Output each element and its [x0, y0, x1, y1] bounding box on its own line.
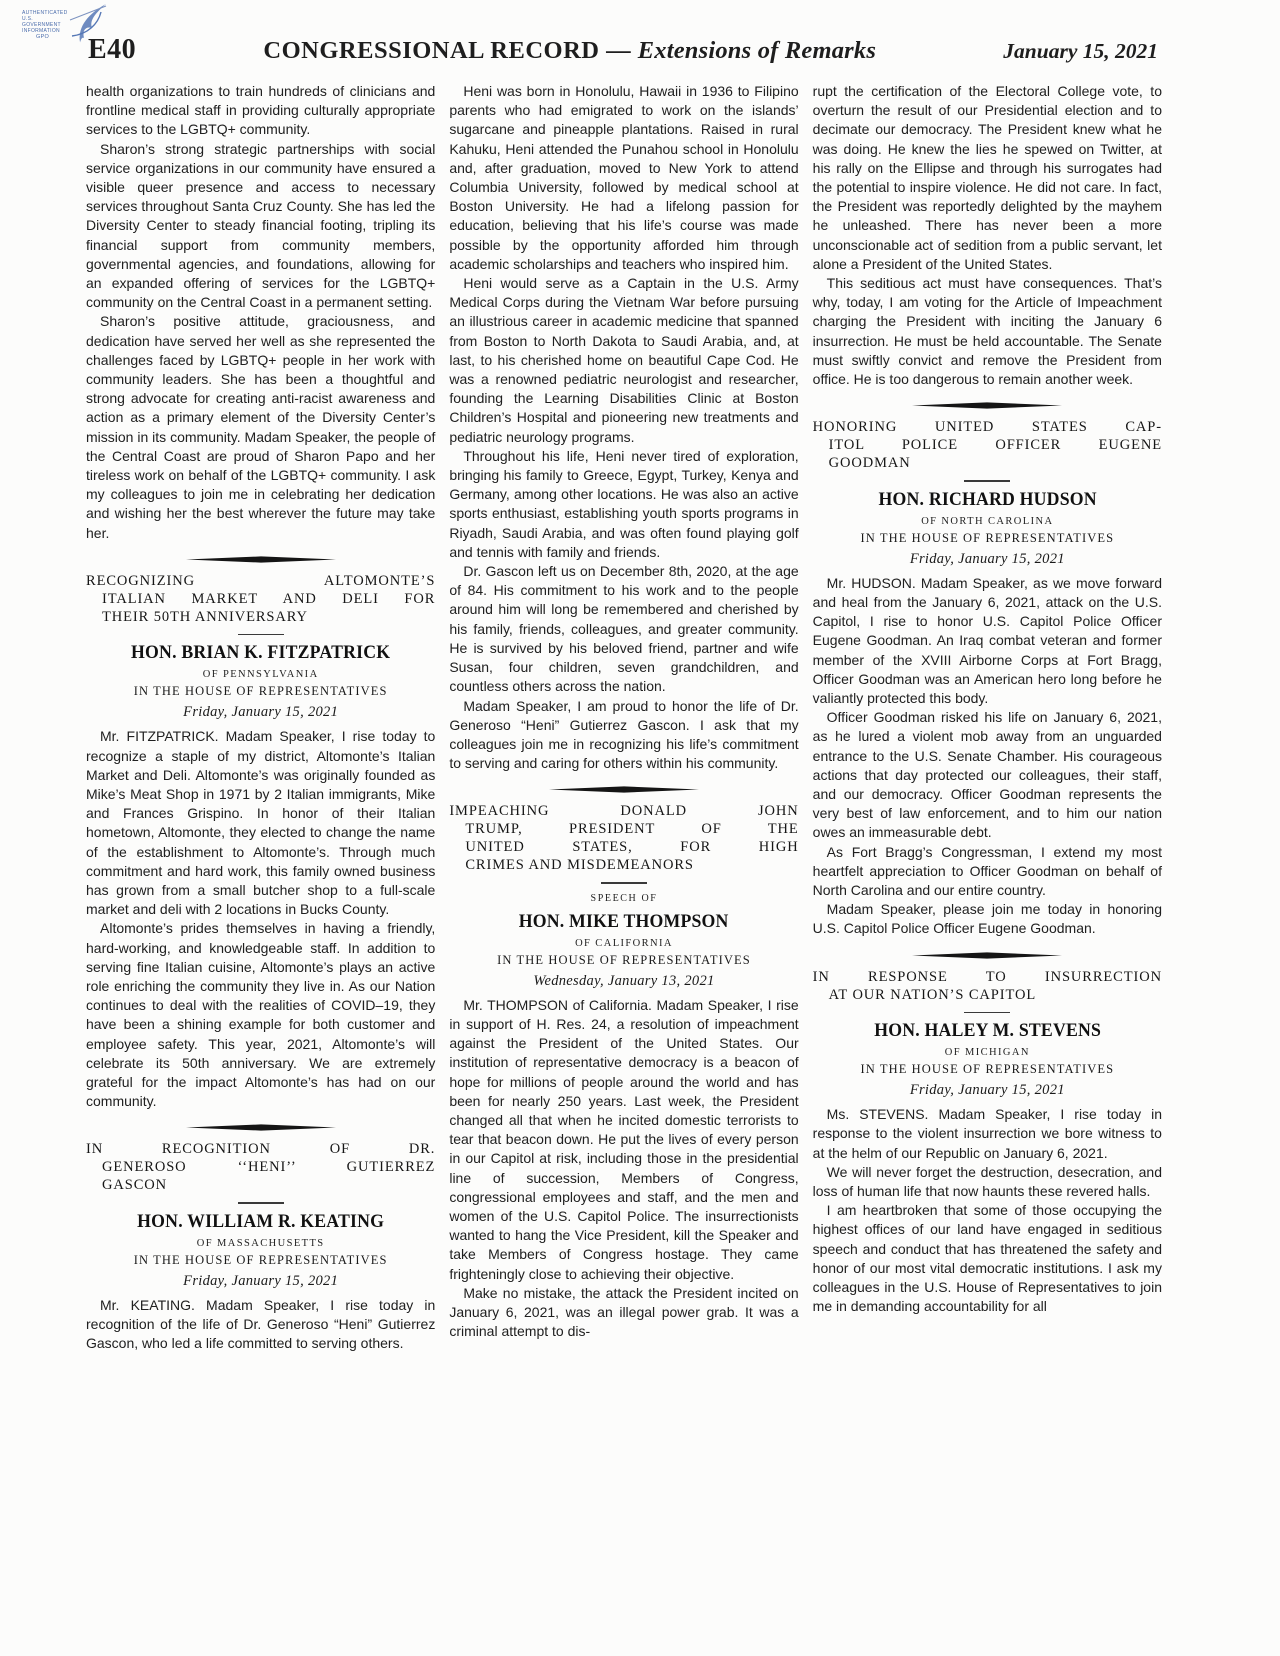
section-divider-icon	[86, 1124, 435, 1131]
column-2: Heni was born in Honolulu, Hawaii in 193…	[449, 82, 798, 1354]
speaker-chamber: IN THE HOUSE OF REPRESENTATIVES	[86, 684, 435, 699]
gpo-eagle-icon	[68, 2, 108, 49]
paragraph: Madam Speaker, please join me today in h…	[813, 900, 1162, 938]
gpo-abbr: GPO	[36, 34, 68, 40]
congressional-record-page: AUTHENTICATED U.S. GOVERNMENT INFORMATIO…	[0, 0, 1280, 1656]
masthead-section: Extensions of Remarks	[638, 37, 876, 64]
masthead: CONGRESSIONAL RECORD — Extensions of Rem…	[136, 37, 1003, 65]
paragraph: Mr. THOMPSON of California. Madam Speake…	[449, 996, 798, 1284]
section-divider-icon	[86, 556, 435, 563]
gpo-seal-line: U.S. GOVERNMENT	[22, 16, 68, 28]
speech-date: Wednesday, January 13, 2021	[449, 973, 798, 990]
section-title: IN RECOGNITION OF DR.GENEROSO ‘‘HENI’’ G…	[86, 1140, 435, 1194]
section-title: HONORING UNITED STATES CAP-ITOL POLICE O…	[813, 418, 1162, 472]
gpo-seal-text: AUTHENTICATED U.S. GOVERNMENT INFORMATIO…	[22, 10, 68, 40]
section-divider-icon	[813, 952, 1162, 959]
heading-rule	[238, 1202, 284, 1204]
heading-rule	[964, 480, 1010, 482]
header-date: January 15, 2021	[1003, 39, 1158, 64]
gpo-authentication-seal: AUTHENTICATED U.S. GOVERNMENT INFORMATIO…	[22, 2, 108, 49]
speaker-name: HON. HALEY M. STEVENS	[820, 1021, 1155, 1042]
paragraph: Mr. KEATING. Madam Speaker, I rise today…	[86, 1296, 435, 1354]
paragraph: As Fort Bragg’s Congressman, I extend my…	[813, 843, 1162, 901]
column-1: health organizations to train hundreds o…	[86, 82, 435, 1354]
paragraph: health organizations to train hundreds o…	[86, 82, 435, 140]
section-title: IMPEACHING DONALD JOHNTRUMP, PRESIDENT O…	[449, 802, 798, 874]
section-title: IN RESPONSE TO INSURRECTIONAT OUR NATION…	[813, 968, 1162, 1004]
masthead-separator: —	[599, 37, 637, 64]
paragraph: This seditious act must have consequence…	[813, 274, 1162, 389]
speaker-state: OF MICHIGAN	[813, 1047, 1162, 1058]
speaker-state: OF NORTH CAROLINA	[813, 516, 1162, 527]
speech-date: Friday, January 15, 2021	[86, 1273, 435, 1290]
speaker-chamber: IN THE HOUSE OF REPRESENTATIVES	[813, 1062, 1162, 1077]
paragraph: Dr. Gascon left us on December 8th, 2020…	[449, 562, 798, 696]
speaker-name: HON. MIKE THOMPSON	[456, 912, 791, 933]
heading-rule	[964, 1012, 1010, 1014]
speaker-state: OF MASSACHUSETTS	[86, 1238, 435, 1249]
paragraph: Throughout his life, Heni never tired of…	[449, 447, 798, 562]
paragraph: Mr. FITZPATRICK. Madam Speaker, I rise t…	[86, 727, 435, 919]
speech-date: Friday, January 15, 2021	[86, 704, 435, 721]
speaker-name: HON. BRIAN K. FITZPATRICK	[93, 643, 428, 664]
speaker-state: OF CALIFORNIA	[449, 938, 798, 949]
paragraph: Heni was born in Honolulu, Hawaii in 193…	[449, 82, 798, 274]
paragraph: Make no mistake, the attack the Presiden…	[449, 1284, 798, 1342]
column-layout: health organizations to train hundreds o…	[86, 82, 1162, 1354]
section-divider-icon	[449, 786, 798, 793]
paragraph: Sharon’s strong strategic partnerships w…	[86, 140, 435, 313]
speech-of-label: SPEECH OF	[449, 893, 798, 904]
paragraph: Mr. HUDSON. Madam Speaker, as we move fo…	[813, 574, 1162, 708]
paragraph: Officer Goodman risked his life on Janua…	[813, 708, 1162, 842]
column-3: rupt the certification of the Electoral …	[813, 82, 1162, 1354]
paragraph: Madam Speaker, I am proud to honor the l…	[449, 697, 798, 774]
heading-rule	[238, 634, 284, 636]
speaker-name: HON. WILLIAM R. KEATING	[93, 1212, 428, 1233]
section-divider-icon	[813, 402, 1162, 409]
speaker-chamber: IN THE HOUSE OF REPRESENTATIVES	[813, 531, 1162, 546]
section-title: RECOGNIZING ALTOMONTE’SITALIAN MARKET AN…	[86, 572, 435, 626]
page-header: E40 CONGRESSIONAL RECORD — Extensions of…	[0, 0, 1280, 66]
heading-rule	[601, 882, 647, 884]
paragraph: Altomonte’s prides themselves in having …	[86, 919, 435, 1111]
speaker-chamber: IN THE HOUSE OF REPRESENTATIVES	[449, 953, 798, 968]
speaker-name: HON. RICHARD HUDSON	[820, 490, 1155, 511]
paragraph: We will never forget the destruction, de…	[813, 1163, 1162, 1201]
speaker-state: OF PENNSYLVANIA	[86, 669, 435, 680]
paragraph: I am heartbroken that some of those occu…	[813, 1201, 1162, 1316]
masthead-title: CONGRESSIONAL RECORD	[263, 37, 599, 64]
speaker-chamber: IN THE HOUSE OF REPRESENTATIVES	[86, 1253, 435, 1268]
paragraph: Heni would serve as a Captain in the U.S…	[449, 274, 798, 447]
paragraph: Sharon’s positive attitude, graciousness…	[86, 312, 435, 542]
paragraph: Ms. STEVENS. Madam Speaker, I rise today…	[813, 1105, 1162, 1163]
paragraph: rupt the certification of the Electoral …	[813, 82, 1162, 274]
speech-date: Friday, January 15, 2021	[813, 1082, 1162, 1099]
speech-date: Friday, January 15, 2021	[813, 551, 1162, 568]
